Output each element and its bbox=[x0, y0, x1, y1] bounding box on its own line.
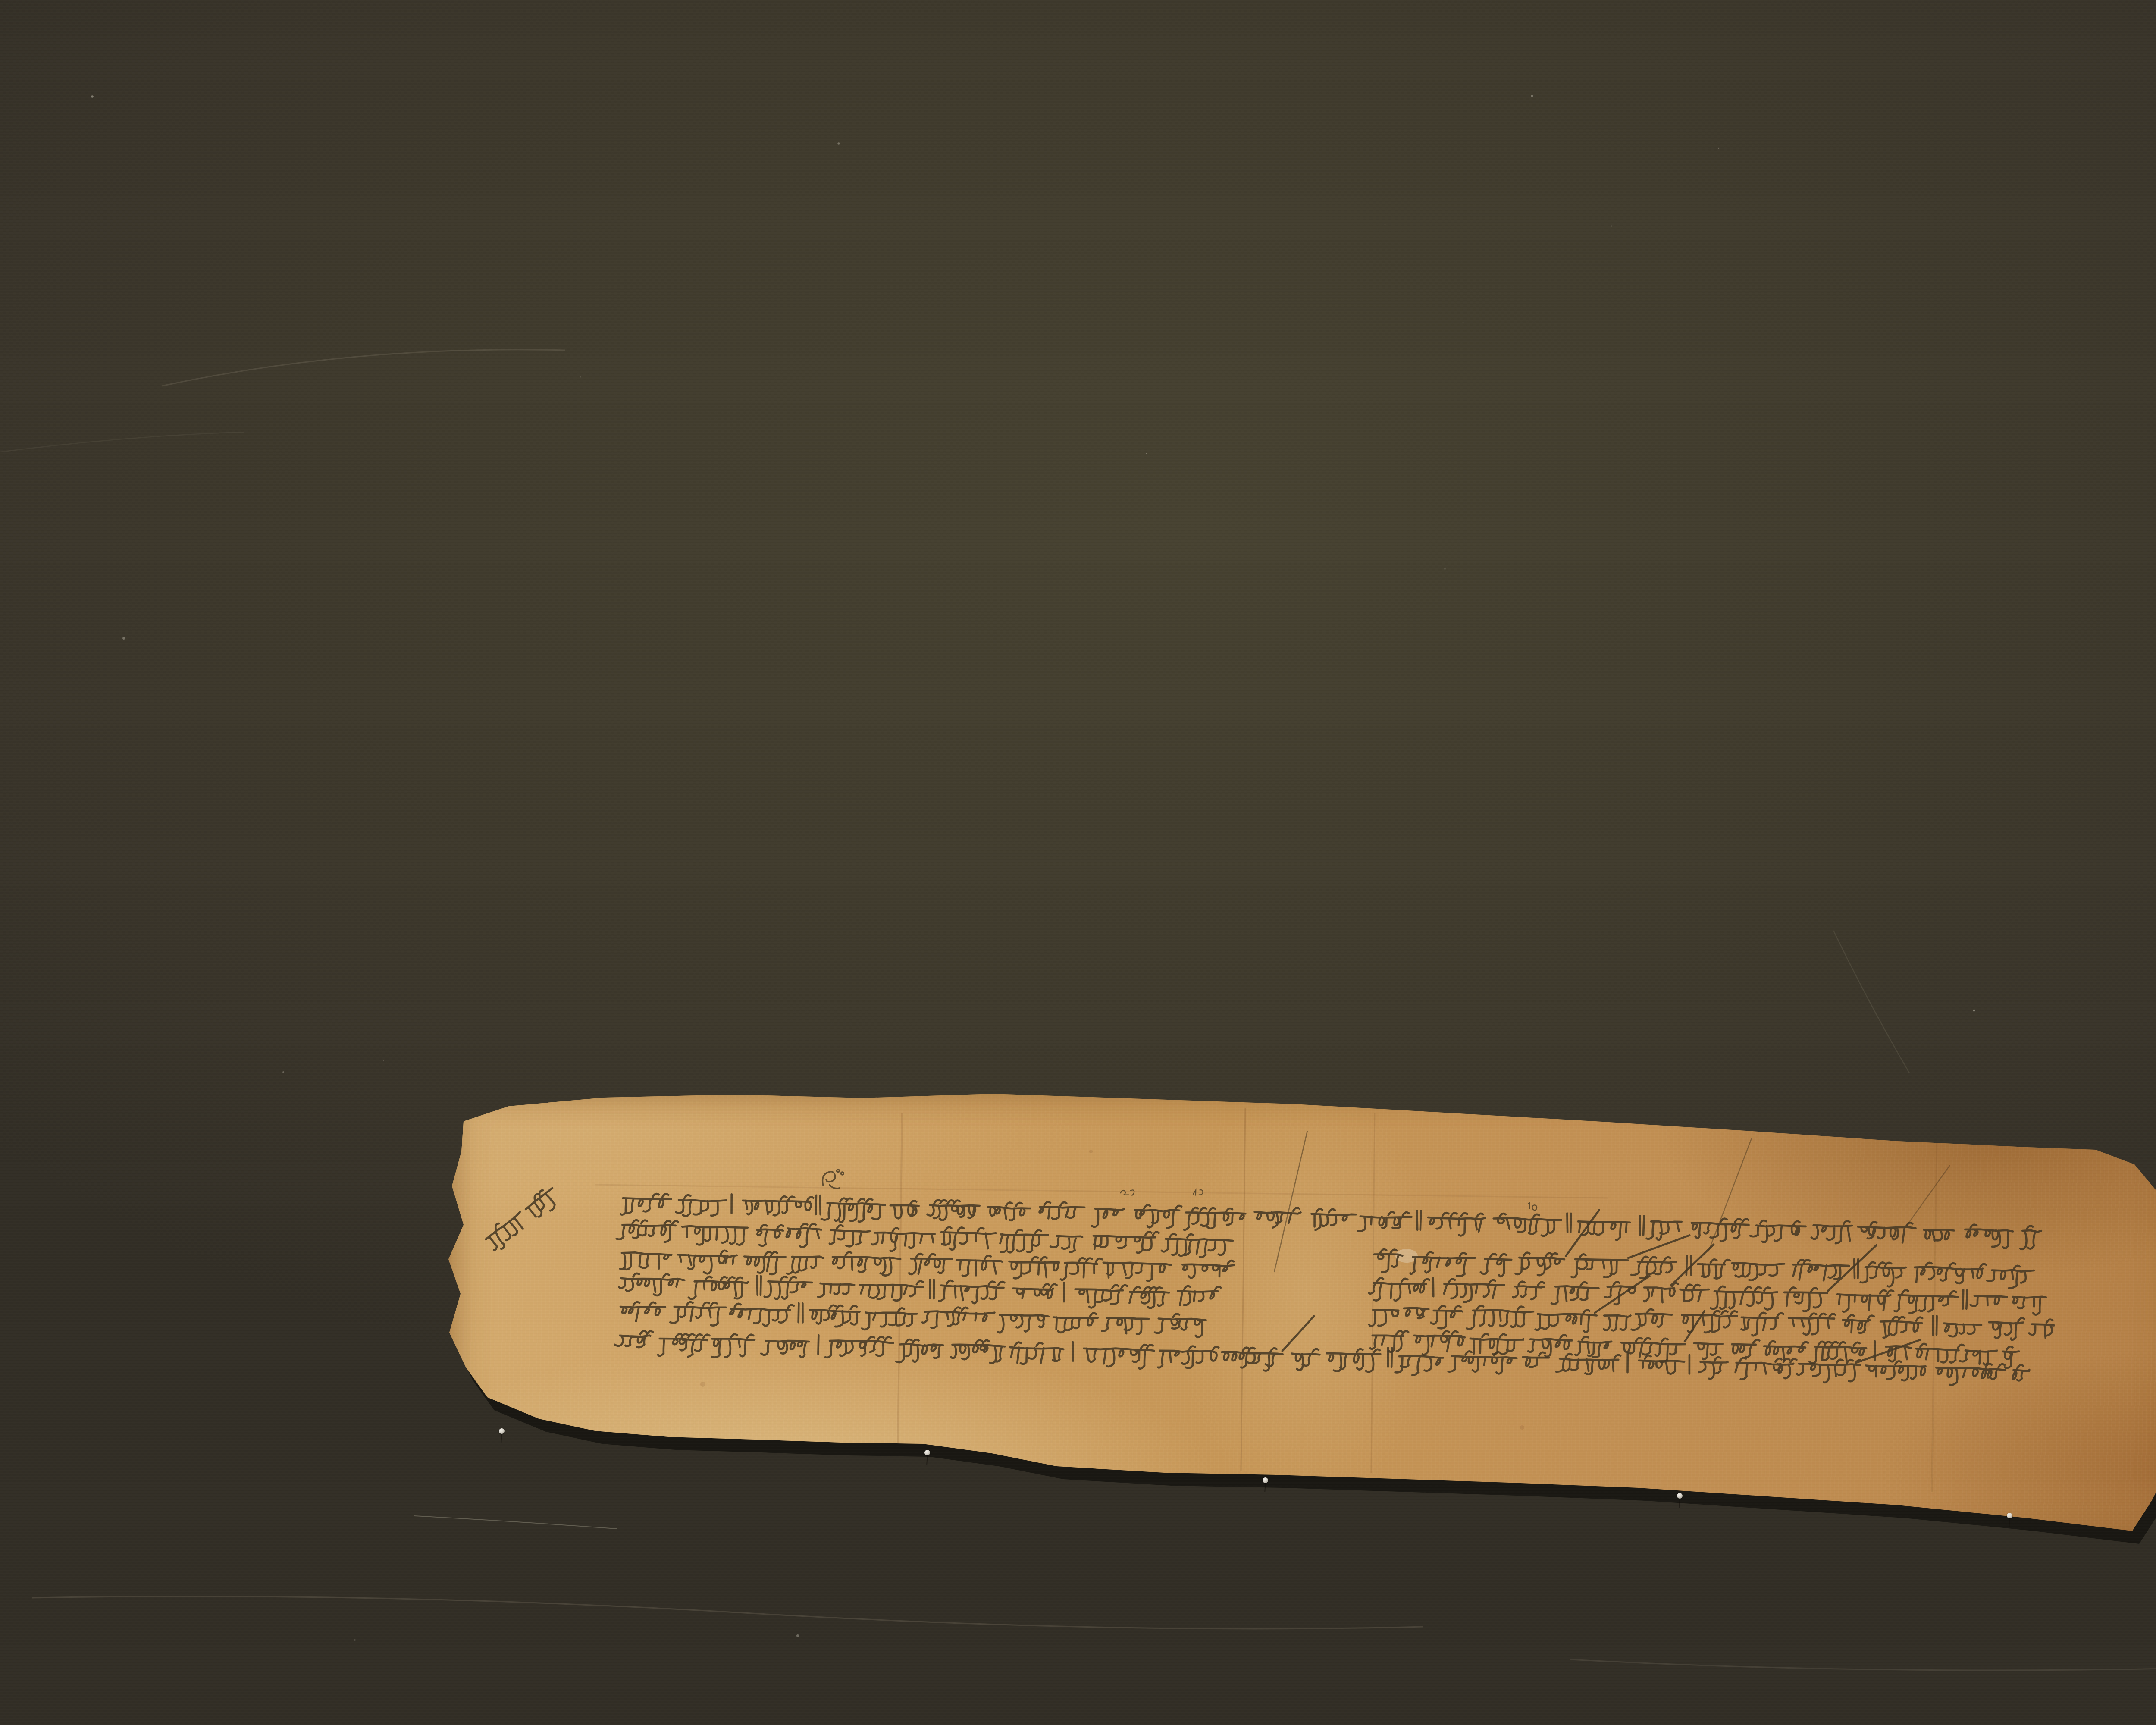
scratch-line bbox=[1570, 1653, 2156, 1670]
scratch-line bbox=[1833, 931, 1909, 1073]
scratch-line bbox=[162, 350, 565, 386]
scratch-line bbox=[32, 1596, 1423, 1629]
pin-head bbox=[924, 1450, 930, 1455]
pin-3 bbox=[1263, 1477, 1269, 1483]
pin-5 bbox=[2007, 1513, 2013, 1519]
pin-head bbox=[1677, 1493, 1683, 1499]
foxing-spot bbox=[1089, 1150, 1093, 1153]
photo-stage: ৡ ২৭ ১৫ ১০ মূলত্রিকোণমিষ্যতে ॥ এুংশং শান… bbox=[0, 0, 2156, 1725]
pin-head bbox=[2007, 1513, 2012, 1518]
text-block: ৡ ২৭ ১৫ ১০ মূলত্রিকোণমিষ্যতে ॥ এুংশং শান… bbox=[619, 1195, 2063, 1410]
pin-2 bbox=[924, 1450, 931, 1456]
pin-head bbox=[1263, 1477, 1268, 1483]
foxing-spot bbox=[1520, 1425, 1524, 1430]
pin-4 bbox=[1677, 1493, 1683, 1499]
pin-1 bbox=[499, 1428, 505, 1434]
foxing-spot bbox=[700, 1382, 705, 1387]
scratch-line bbox=[0, 432, 244, 452]
text-line-6: প্রথমজা সূর্যশশী স্ত্রিবৌ শুক্রবুধঃ শনিজ… bbox=[620, 1337, 2029, 1371]
pin-head bbox=[499, 1428, 505, 1434]
